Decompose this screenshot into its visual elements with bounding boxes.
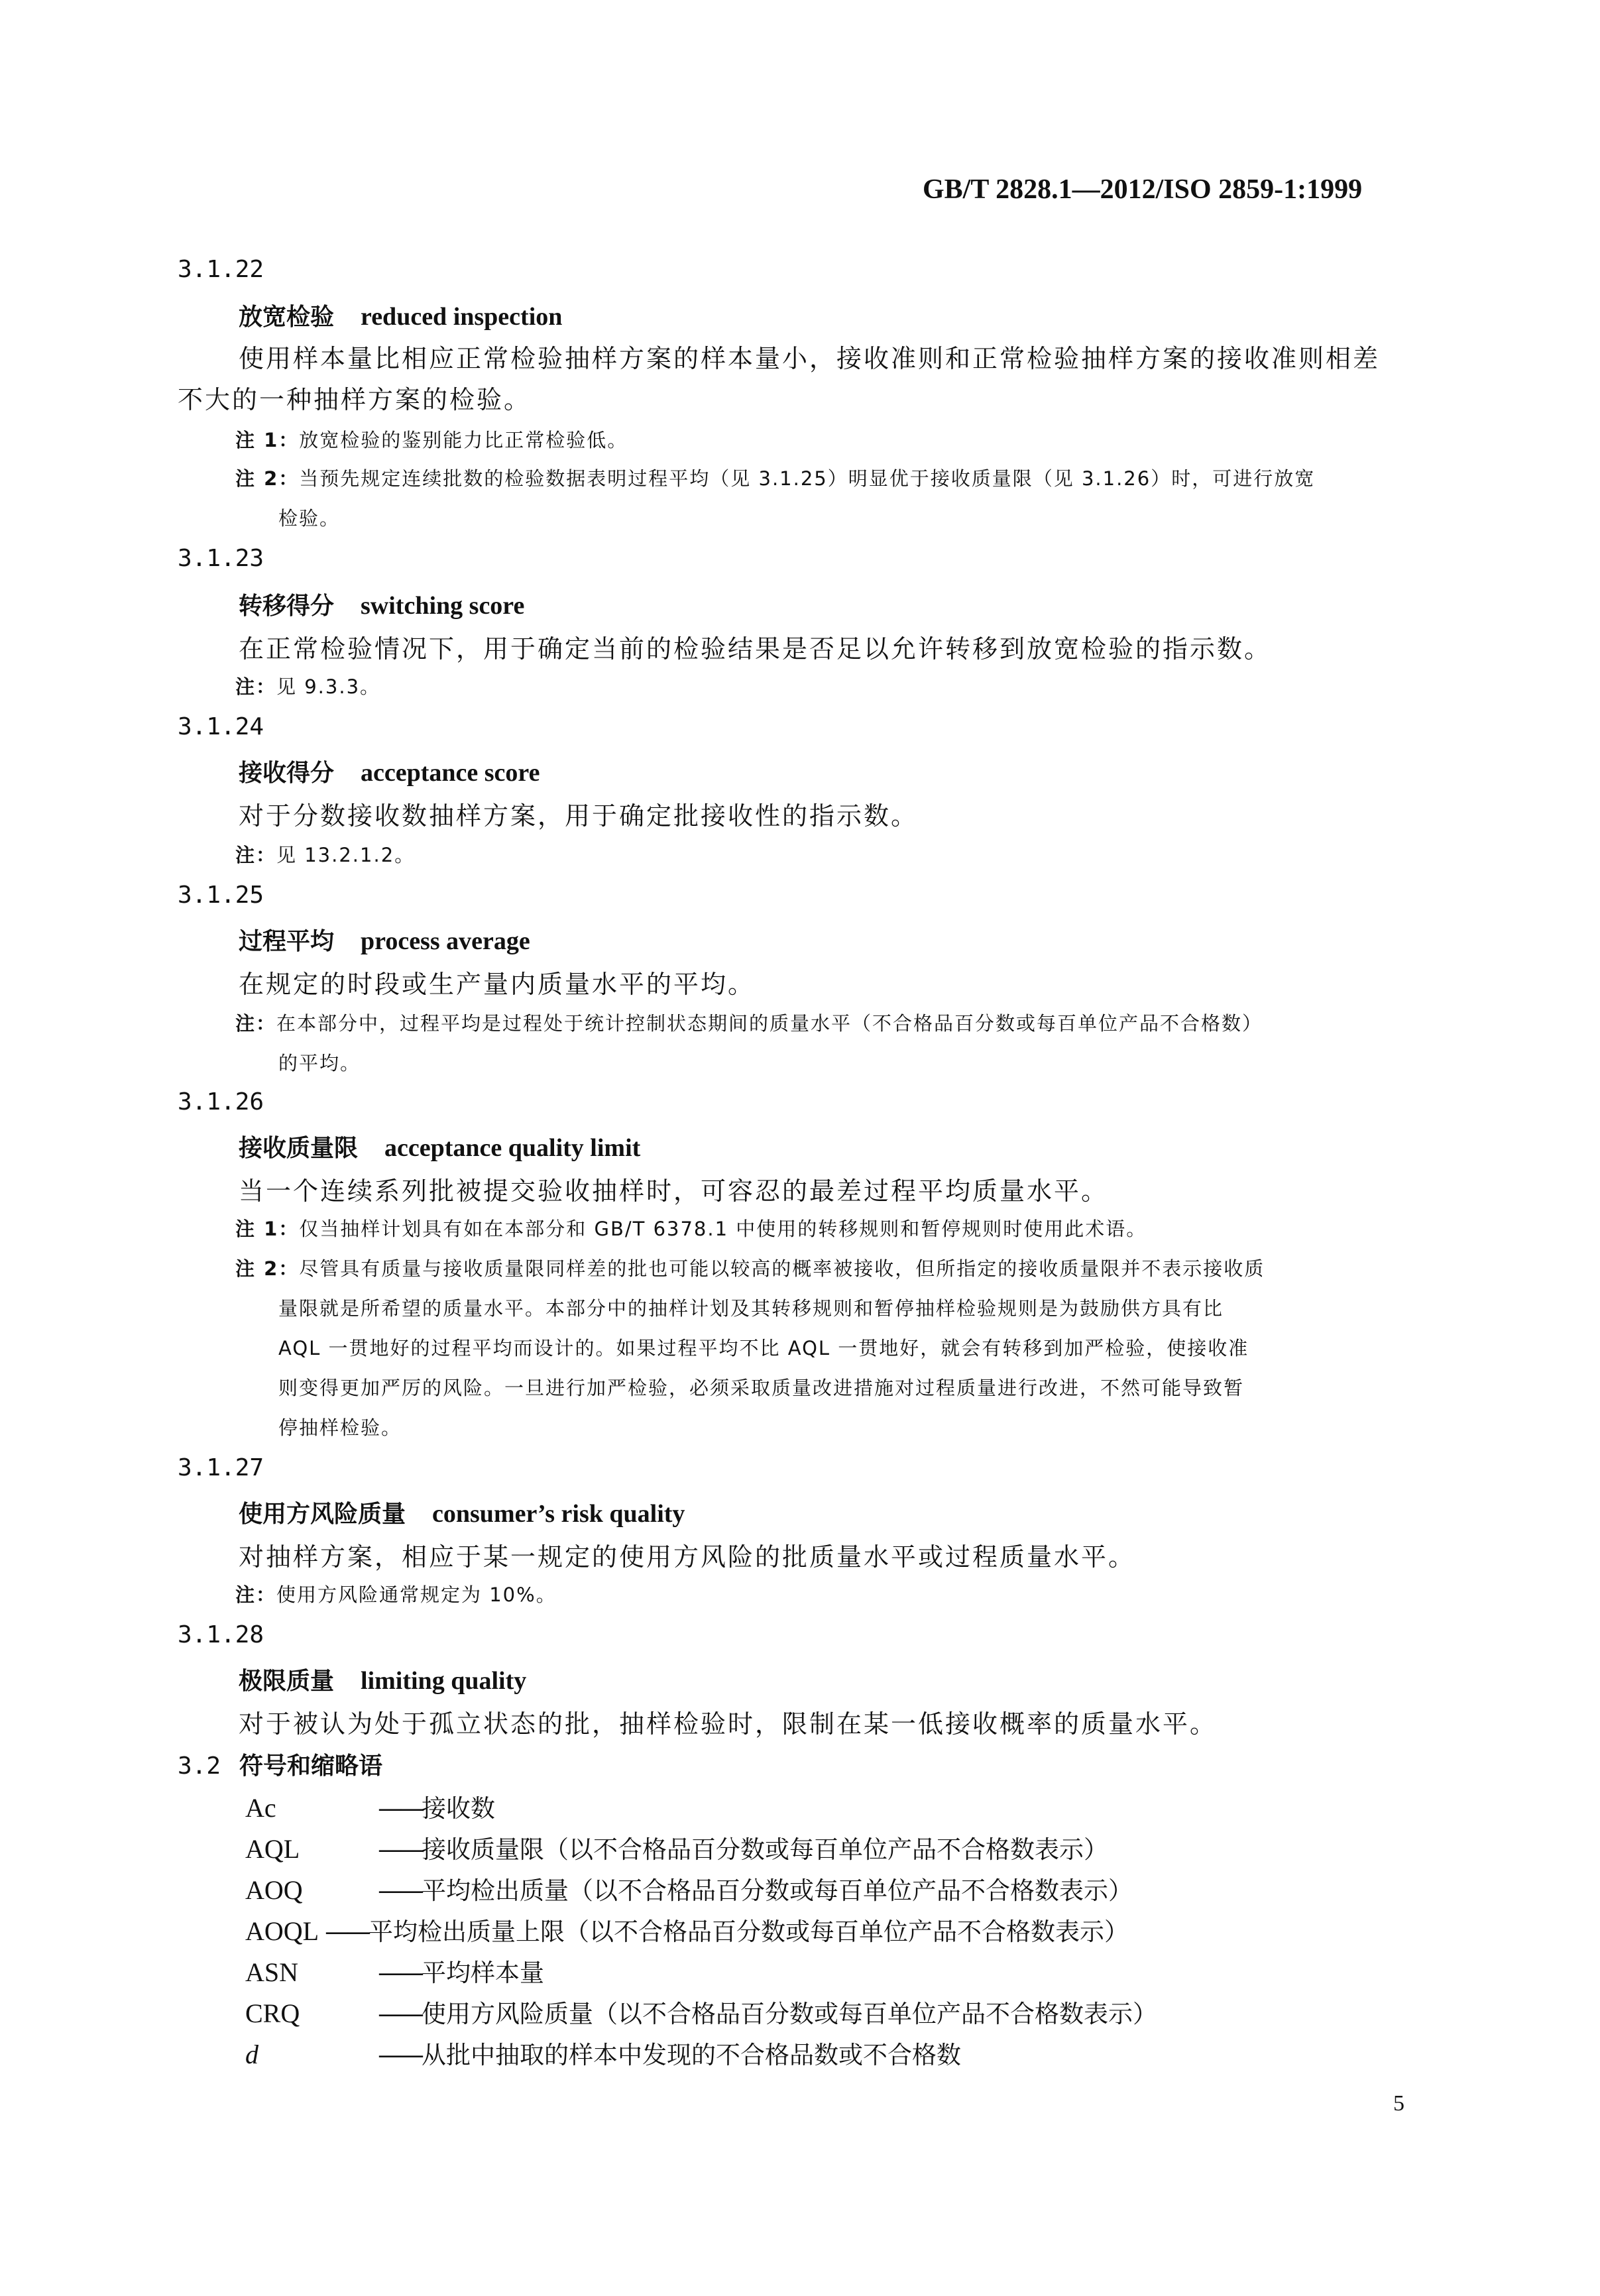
abbr-meaning: 使用方风险质量（以不合格品百分数或每百单位产品不合格数表示） (422, 2000, 1157, 2028)
section-number: 3.2 (178, 1752, 221, 1780)
note-text: 放宽检验的鉴别能力比正常检验低。 (299, 429, 628, 451)
note-text: 在本部分中，过程平均是过程处于统计控制状态期间的质量水平（不合格品百分数或每百单… (276, 1012, 1263, 1035)
term-en: acceptance quality limit (384, 1134, 640, 1162)
term-title: 转移得分switching score (239, 587, 524, 621)
abbr-meaning: 平均样本量 (422, 1959, 544, 1987)
note-text: 当预先规定连续批数的检验数据表明过程平均（见 3.1.25）明显优于接收质量限（… (299, 467, 1315, 490)
term-en: consumer’s risk quality (432, 1500, 685, 1528)
abbr-meaning: 接收数 (422, 1794, 495, 1823)
definition-line: 不大的一种抽样方案的检验。 (178, 379, 531, 416)
definition-line: 在规定的时段或生产量内质量水平的平均。 (239, 964, 755, 1000)
note-label: 注 2： (235, 1257, 299, 1280)
note: 注：使用方风险通常规定为 10%。 (235, 1580, 557, 1607)
abbr-dash: —— (378, 1794, 422, 1823)
term-title: 放宽检验reduced inspection (239, 298, 562, 332)
abbr-meaning: 平均检出质量（以不合格品百分数或每百单位产品不合格数表示） (422, 1876, 1133, 1905)
page-number: 5 (1393, 2091, 1404, 2116)
definition-line: 当一个连续系列批被提交验收抽样时，可容忍的最差过程平均质量水平。 (239, 1171, 1108, 1207)
note-continuation: 的平均。 (278, 1049, 361, 1076)
abbr-symbol: AOQ (245, 1874, 378, 1906)
note-continuation: 则变得更加严厉的风险。一旦进行加严检验，必须采取质量改进措施对过程质量进行改进，… (278, 1373, 1244, 1401)
term-en: acceptance score (361, 759, 540, 787)
clause-number: 3.1.27 (178, 1454, 264, 1481)
definition-line: 对于分数接收数抽样方案，用于确定批接收性的指示数。 (239, 795, 918, 832)
term-zh: 使用方风险质量 (239, 1501, 406, 1528)
definition-line: 使用样本量比相应正常检验抽样方案的样本量小，接收准则和正常检验抽样方案的接收准则… (239, 338, 1380, 374)
abbr-symbol: d (245, 2039, 378, 2070)
abbr-dash: —— (325, 1918, 369, 1946)
term-zh: 极限质量 (239, 1668, 334, 1695)
note-text: 尽管具有质量与接收质量限同样差的批也可能以较高的概率被接收，但所指定的接收质量限… (299, 1257, 1265, 1280)
term-en: limiting quality (361, 1667, 526, 1695)
term-zh: 接收质量限 (239, 1135, 358, 1162)
term-title: 接收得分acceptance score (239, 754, 540, 788)
abbr-dash: —— (378, 2041, 422, 2069)
section-heading: 3.2符号和缩略语 (178, 1747, 382, 1781)
note-label: 注 1： (235, 1218, 299, 1240)
abbr-symbol: CRQ (245, 1998, 378, 2029)
note: 注：见 13.2.1.2。 (235, 840, 415, 868)
term-title: 极限质量limiting quality (239, 1662, 526, 1696)
abbreviation-row: d——从批中抽取的样本中发现的不合格品数或不合格数 (245, 2035, 961, 2071)
note: 注 2：尽管具有质量与接收质量限同样差的批也可能以较高的概率被接收，但所指定的接… (235, 1254, 1265, 1281)
term-en: switching score (361, 592, 524, 620)
abbr-meaning: 接收质量限（以不合格品百分数或每百单位产品不合格数表示） (422, 1835, 1108, 1864)
clause-number: 3.1.28 (178, 1621, 264, 1648)
note: 注 1：仅当抽样计划具有如在本部分和 GB/T 6378.1 中使用的转移规则和… (235, 1214, 1147, 1241)
abbr-symbol: AOQL (245, 1916, 325, 1947)
clause-number: 3.1.24 (178, 713, 264, 740)
note-text: 见 9.3.3。 (276, 675, 380, 698)
term-zh: 接收得分 (239, 760, 334, 787)
term-en: reduced inspection (361, 303, 562, 331)
note: 注：在本部分中，过程平均是过程处于统计控制状态期间的质量水平（不合格品百分数或每… (235, 1009, 1263, 1036)
definition-line: 在正常检验情况下，用于确定当前的检验结果是否足以允许转移到放宽检验的指示数。 (239, 628, 1271, 665)
abbr-dash: —— (378, 1876, 422, 1905)
clause-number: 3.1.26 (178, 1088, 264, 1116)
abbreviation-row: AOQ——平均检出质量（以不合格品百分数或每百单位产品不合格数表示） (245, 1870, 1133, 1906)
note-text: 仅当抽样计划具有如在本部分和 GB/T 6378.1 中使用的转移规则和暂停规则… (299, 1218, 1147, 1240)
note-text: 使用方风险通常规定为 10%。 (276, 1583, 557, 1606)
term-zh: 转移得分 (239, 593, 334, 620)
term-title: 过程平均process average (239, 923, 530, 956)
note-continuation: 停抽样检验。 (278, 1413, 402, 1440)
abbreviation-row: CRQ——使用方风险质量（以不合格品百分数或每百单位产品不合格数表示） (245, 1994, 1157, 2030)
note-label: 注： (235, 675, 276, 698)
abbr-dash: —— (378, 1959, 422, 1987)
note-label: 注 1： (235, 429, 299, 451)
abbr-dash: —— (378, 1835, 422, 1864)
note-label: 注： (235, 1583, 276, 1606)
term-en: process average (361, 927, 530, 955)
note-continuation: 检验。 (278, 504, 340, 531)
definition-line: 对于被认为处于孤立状态的批，抽样检验时，限制在某一低接收概率的质量水平。 (239, 1703, 1217, 1740)
note: 注 2：当预先规定连续批数的检验数据表明过程平均（见 3.1.25）明显优于接收… (235, 464, 1315, 491)
abbr-dash: —— (378, 2000, 422, 2028)
standard-header: GB/T 2828.1—2012/ISO 2859-1:1999 (923, 174, 1362, 205)
note: 注：见 9.3.3。 (235, 672, 380, 699)
note-text: 见 13.2.1.2。 (276, 844, 415, 866)
clause-number: 3.1.22 (178, 256, 264, 283)
abbreviation-row: Ac——接收数 (245, 1788, 495, 1824)
abbreviation-row: AQL——接收质量限（以不合格品百分数或每百单位产品不合格数表示） (245, 1829, 1108, 1865)
abbreviation-row: AOQL——平均检出质量上限（以不合格品百分数或每百单位产品不合格数表示） (245, 1912, 1129, 1947)
term-zh: 过程平均 (239, 928, 334, 955)
term-title: 接收质量限acceptance quality limit (239, 1129, 640, 1163)
abbr-meaning: 从批中抽取的样本中发现的不合格品数或不合格数 (422, 2041, 961, 2069)
note-label: 注： (235, 844, 276, 866)
abbr-symbol: Ac (245, 1792, 378, 1823)
note-label: 注 2： (235, 467, 299, 490)
abbr-symbol: AQL (245, 1833, 378, 1865)
note-continuation: AQL 一贯地好的过程平均而设计的。如果过程平均不比 AQL 一贯地好，就会有转… (278, 1334, 1249, 1361)
section-title: 符号和缩略语 (239, 1752, 382, 1780)
term-title: 使用方风险质量consumer’s risk quality (239, 1495, 685, 1529)
term-zh: 放宽检验 (239, 304, 334, 331)
abbr-symbol: ASN (245, 1957, 378, 1988)
note-continuation: 量限就是所希望的质量水平。本部分中的抽样计划及其转移规则和暂停抽样检验规则是为鼓… (278, 1294, 1224, 1321)
note-label: 注： (235, 1012, 276, 1035)
abbr-meaning: 平均检出质量上限（以不合格品百分数或每百单位产品不合格数表示） (369, 1918, 1129, 1946)
clause-number: 3.1.25 (178, 882, 264, 909)
abbreviation-row: ASN——平均样本量 (245, 1953, 544, 1988)
definition-line: 对抽样方案，相应于某一规定的使用方风险的批质量水平或过程质量水平。 (239, 1536, 1135, 1573)
note: 注 1：放宽检验的鉴别能力比正常检验低。 (235, 426, 628, 453)
clause-number: 3.1.23 (178, 545, 264, 572)
